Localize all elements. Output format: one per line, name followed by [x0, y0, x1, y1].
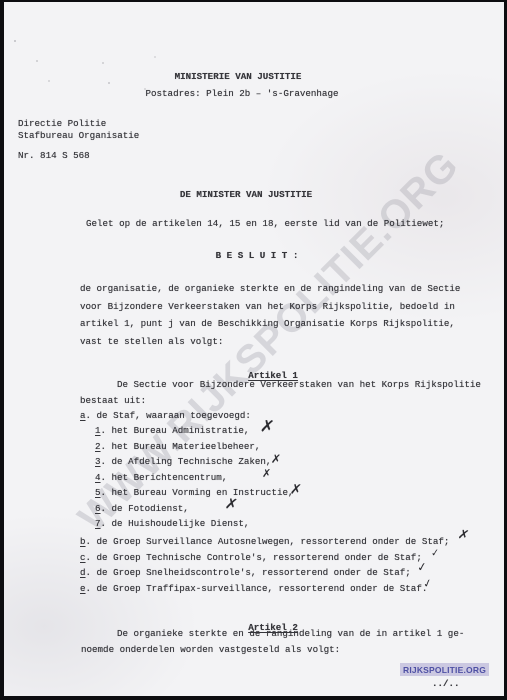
site-stamp-badge: RIJKSPOLITIE.ORG	[400, 663, 489, 676]
list-item: 2. het Bureau Materieelbeheer,	[95, 439, 294, 455]
paragraph-line: de organisatie, de organieke sterkte en …	[80, 280, 460, 298]
paragraph-line: vast te stellen als volgt:	[80, 333, 460, 351]
paragraph-line: artikel 1, punt j van de Beschikking Org…	[80, 315, 460, 333]
handwritten-x-mark: ✗	[262, 468, 271, 479]
item-text: de Groep Technische Controle's, ressorte…	[97, 552, 422, 563]
paragraph-line: voor Bijzondere Verkeerstaken van het Ko…	[80, 298, 460, 316]
handwritten-x-mark: ✗	[271, 453, 282, 466]
minister-title: DE MINISTER VAN JUSTITIE	[4, 189, 496, 200]
article1-item-a: a. de Staf, waaraan toegevoegd:	[80, 410, 251, 421]
marker-dot: .	[101, 503, 112, 514]
item-text: de Afdeling Technische Zaken,	[112, 456, 272, 467]
handwritten-x-mark: ✗	[224, 496, 239, 513]
list-item: d. de Groep Snelheidscontrole's, ressort…	[80, 565, 449, 581]
article2-line2: noemde onderdelen worden vastgesteld als…	[81, 644, 340, 655]
item-text: de Fotodienst,	[112, 503, 189, 514]
item-text: de Groep Traffipax-surveillance, ressort…	[97, 583, 428, 594]
marker-dot: .	[86, 583, 97, 594]
list-item: c. de Groep Technische Controle's, resso…	[80, 550, 449, 566]
reference-number: Nr. 814 S 568	[18, 150, 90, 161]
department-line1: Directie Politie	[18, 118, 106, 129]
decision-word: B E S L U I T :	[7, 250, 504, 261]
item-text: het Berichtencentrum,	[112, 472, 228, 483]
ministry-title: MINISTERIE VAN JUSTITIE	[4, 71, 488, 82]
handwritten-x-mark: ✗	[289, 482, 302, 497]
handwritten-check-mark: ✓	[416, 560, 428, 573]
department-line2: Stafbureau Organisatie	[18, 130, 139, 141]
marker-dot: .	[101, 456, 112, 467]
handwritten-x-mark: ✗	[259, 418, 275, 437]
document-page: WWW.RIJKSPOLITIE.ORG MINISTERIE VAN JUST…	[4, 2, 504, 696]
marker-dot: .	[101, 518, 112, 529]
list-item: 7. de Huishoudelijke Dienst,	[95, 516, 294, 532]
item-text: de Groep Snelheidscontrole's, ressortere…	[97, 567, 411, 578]
marker-dot: .	[86, 552, 97, 563]
article1-opening-line1: De Sectie voor Bijzondere Verkeerstaken …	[117, 379, 481, 390]
item-text: het Bureau Administratie,	[112, 425, 250, 436]
list-item: e. de Groep Traffipax-surveillance, ress…	[80, 581, 449, 597]
article1-items: b. de Groep Surveillance Autosnelwegen, …	[80, 534, 449, 596]
scanned-document-frame: WWW.RIJKSPOLITIE.ORG MINISTERIE VAN JUST…	[0, 0, 507, 700]
list-item: b. de Groep Surveillance Autosnelwegen, …	[80, 534, 449, 550]
list-item: 6. de Fotodienst,	[95, 501, 294, 517]
handwritten-check-mark: ✓	[431, 549, 440, 560]
item-text: de Huishoudelijke Dienst,	[112, 518, 250, 529]
item-text: het Bureau Materieelbeheer,	[112, 441, 261, 452]
marker-dot: .	[101, 441, 112, 452]
marker-dot: .	[86, 567, 97, 578]
marker-dot: .	[86, 536, 97, 547]
item-text: de Groep Surveillance Autosnelwegen, res…	[97, 536, 450, 547]
text-layer: MINISTERIE VAN JUSTITIE Postadres: Plein…	[4, 2, 504, 696]
marker-dot: .	[101, 425, 112, 436]
article1-opening-line2: bestaat uit:	[80, 395, 146, 406]
intro-paragraph: de organisatie, de organieke sterkte en …	[80, 280, 460, 350]
marker-dot: .	[86, 410, 97, 421]
marker-dot: .	[101, 472, 112, 483]
item-text: de Staf, waaraan toegevoegd:	[97, 410, 251, 421]
considering-line: Gelet op de artikelen 14, 15 en 18, eers…	[86, 218, 444, 229]
page-continuation-marker: ../..	[432, 678, 460, 689]
item-text: het Bureau Vorming en Instructie,	[112, 487, 294, 498]
article2-line1: De organieke sterkte en de rangindeling …	[117, 628, 464, 639]
postal-address: Postadres: Plein 2b – 's-Gravenhage	[4, 88, 492, 99]
marker-dot: .	[101, 487, 112, 498]
list-item: 5. het Bureau Vorming en Instructie,	[95, 485, 294, 501]
